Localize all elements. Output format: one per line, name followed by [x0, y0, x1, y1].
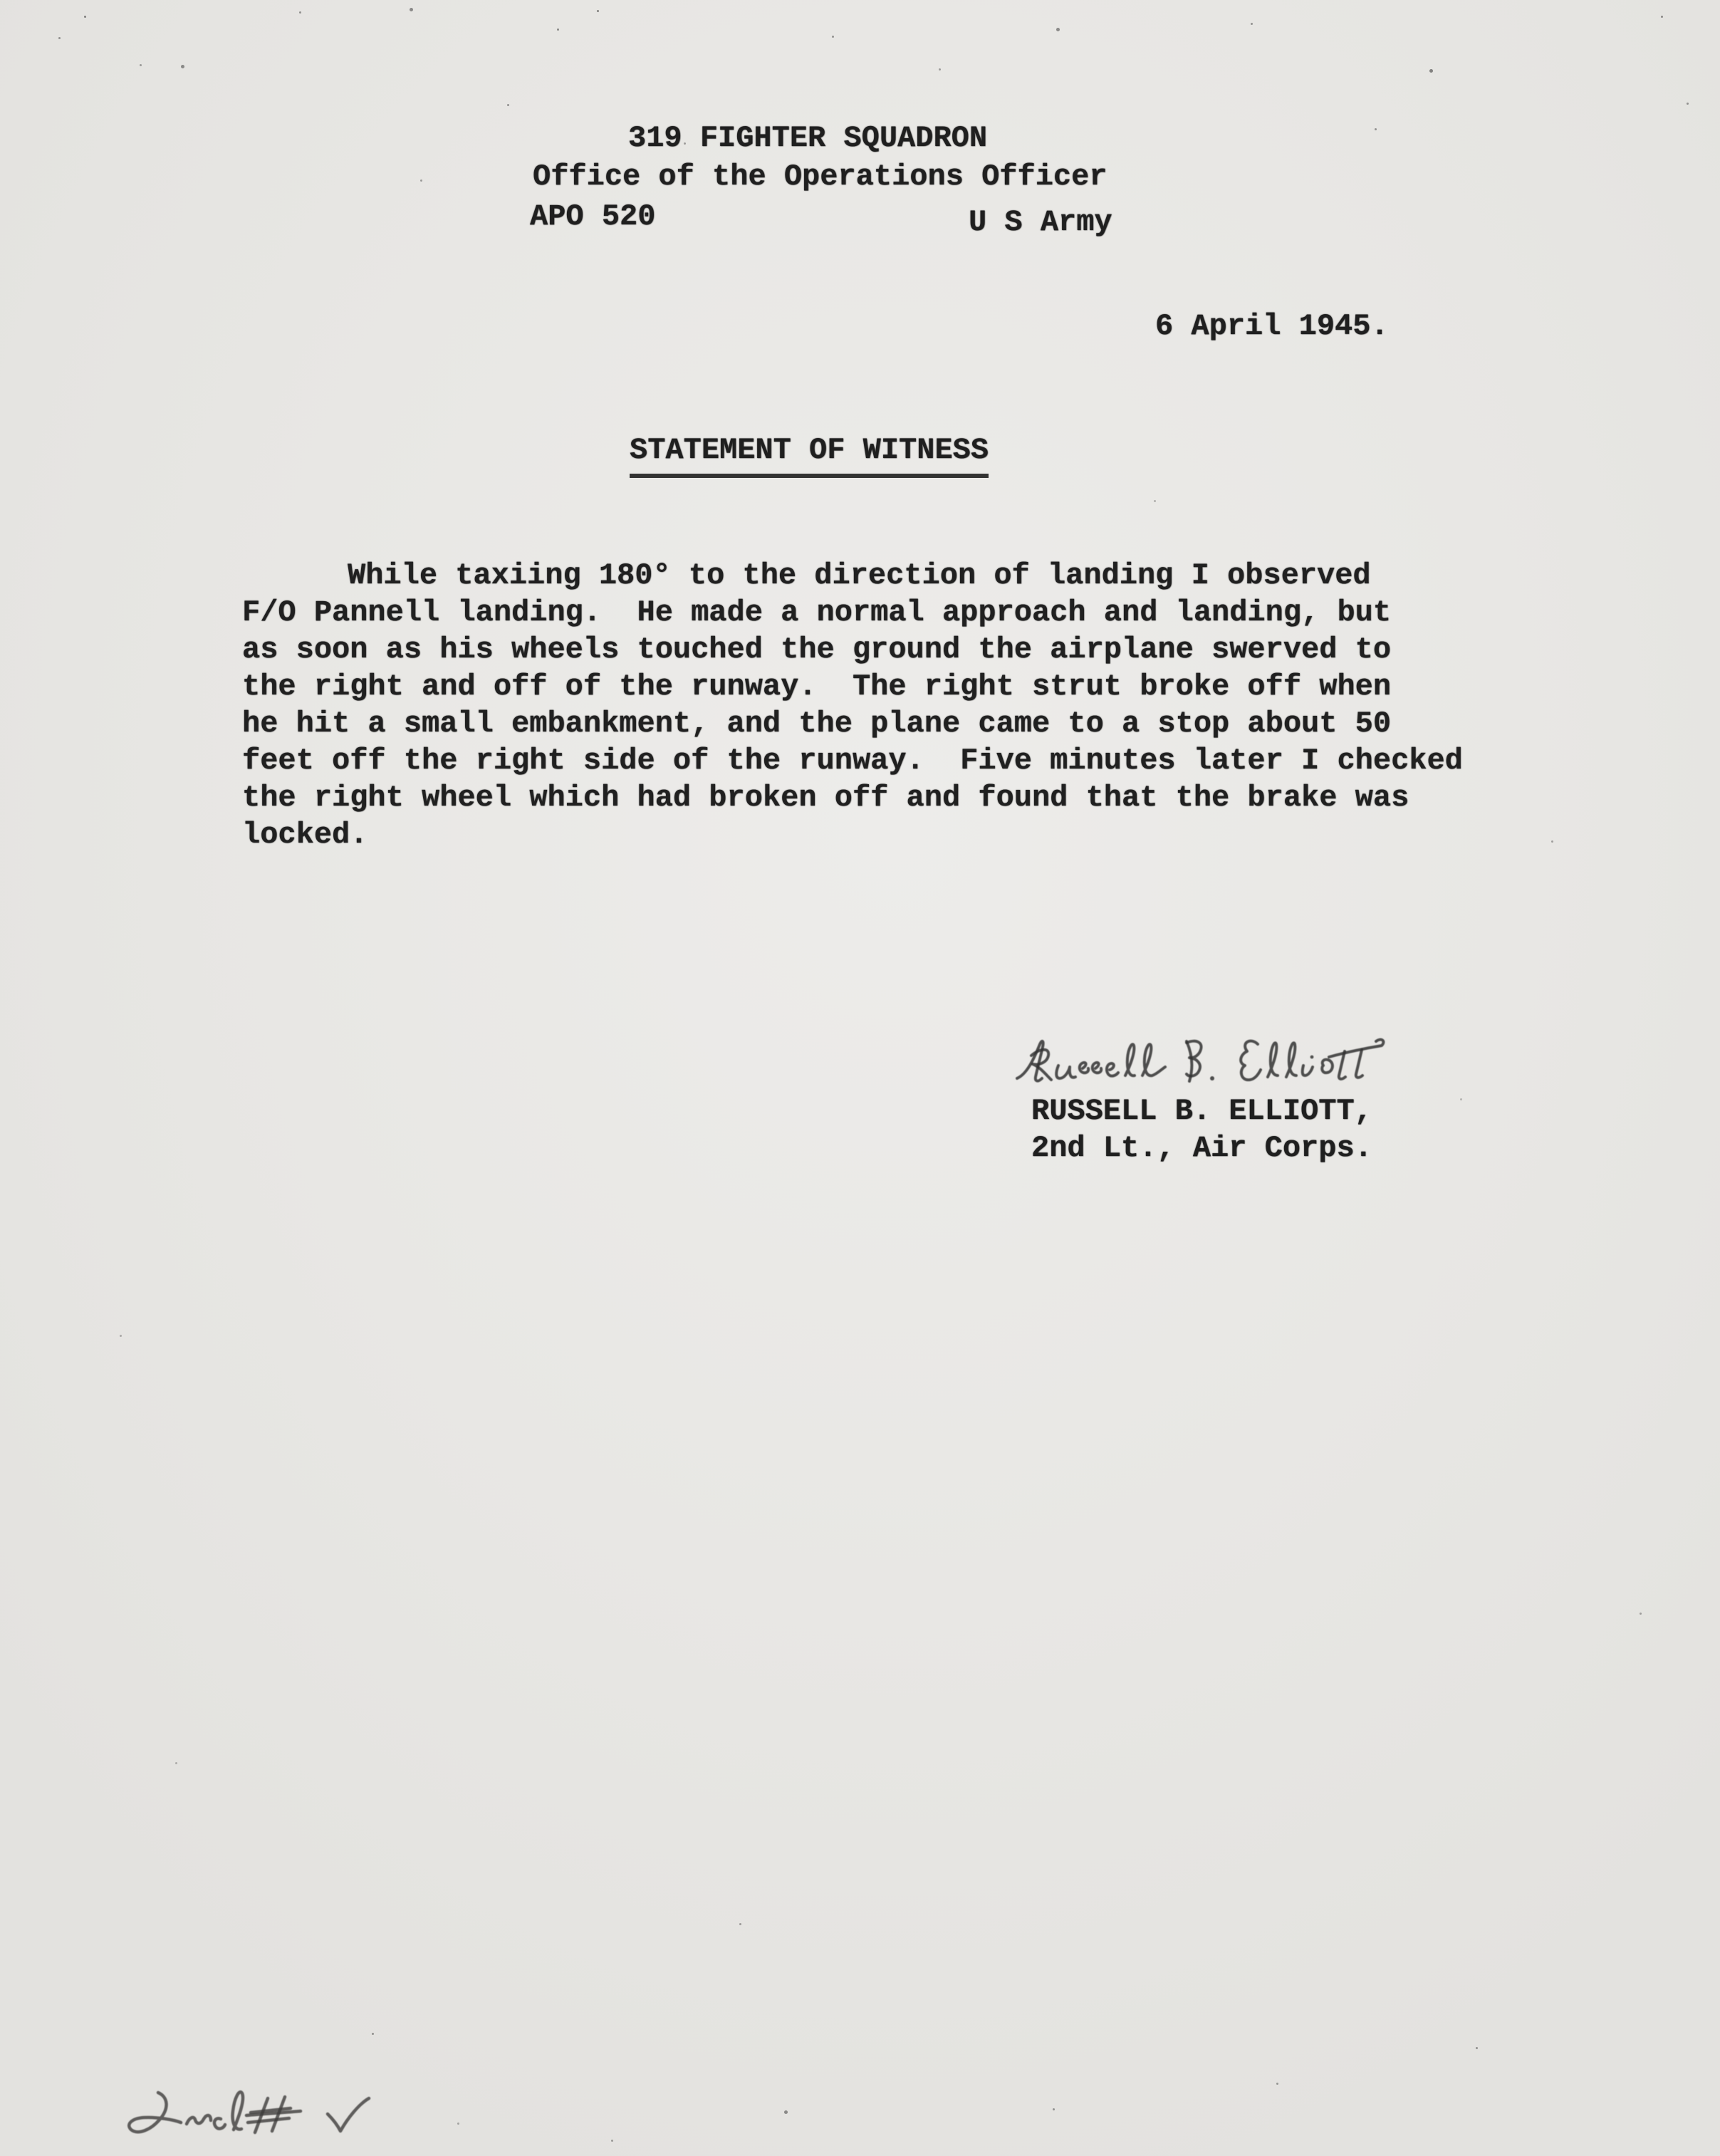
document-title: STATEMENT OF WITNESS [630, 432, 989, 478]
signature-name-line: RUSSELL B. ELLIOTT, [1031, 1093, 1372, 1130]
letterhead-army: U S Army [969, 204, 1112, 241]
date-line: 6 April 1945. [1155, 308, 1389, 345]
body-line: the right and off of the runway. The rig… [242, 668, 1510, 705]
body-line: the right wheel which had broken off and… [242, 779, 1510, 816]
letterhead-office: Office of the Operations Officer [533, 158, 1107, 195]
body-line: as soon as his wheels touched the ground… [242, 631, 1510, 668]
letterhead-squadron: 319 FIGHTER SQUADRON [628, 120, 987, 157]
letterhead-apo: APO 520 [530, 198, 655, 235]
scan-noise-specks [0, 0, 2, 2]
body-line: he hit a small embankment, and the plane… [242, 705, 1510, 742]
body-line: While taxiing 180° to the direction of l… [242, 557, 1510, 594]
statement-body: While taxiing 180° to the direction of l… [242, 557, 1510, 853]
body-line: locked. [242, 816, 1510, 853]
body-line: F/O Pannell landing. He made a normal ap… [242, 594, 1510, 631]
document-page: 319 FIGHTER SQUADRON Office of the Opera… [0, 0, 1720, 2156]
handwritten-annotation [107, 2078, 442, 2150]
body-line: feet off the right side of the runway. F… [242, 742, 1510, 779]
signature-rank-line: 2nd Lt., Air Corps. [1031, 1130, 1372, 1167]
